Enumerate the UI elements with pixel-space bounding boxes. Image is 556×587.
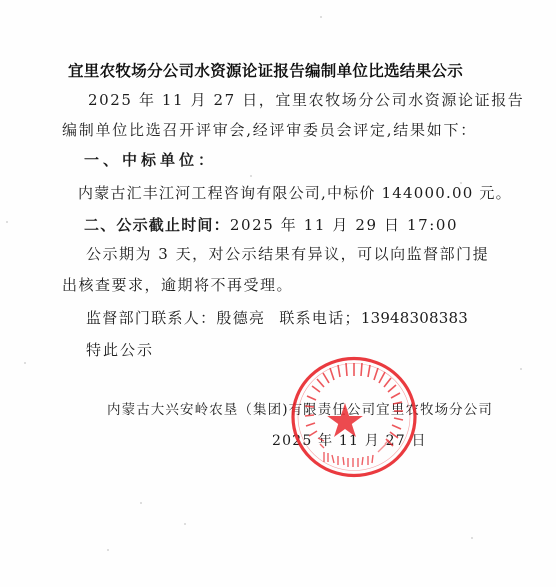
closing-text: 特此公示 (86, 340, 154, 360)
signature-organization: 内蒙古大兴安岭农垦（集团)有限责任公司宜里农牧场分公司 (107, 400, 493, 420)
notice-line-2: 出核查要求，逾期将不再受理。 (62, 275, 293, 295)
intro-line-2: 编制单位比选召开评审会,经评审委员会评定,结果如下： (62, 120, 477, 140)
scan-speck (320, 16, 322, 18)
deadline-value: 2025 年 11 月 29 日 17:00 (230, 216, 458, 234)
scan-speck (520, 368, 522, 370)
section-2-heading: 二、公示截止时间： (84, 216, 230, 234)
scan-speck (250, 175, 252, 177)
notice-line-1: 公示期为 3 天，对公示结果有异议，可以向监督部门提 (86, 244, 489, 264)
winning-bidder: 内蒙古汇丰江河工程咨询有限公司,中标价 144000.00 元。 (78, 183, 512, 203)
signature-date: 2025 年 11 月 27 日 (272, 431, 427, 451)
document-title: 宜里农牧场分公司水资源论证报告编制单位比选结果公示 (68, 60, 442, 82)
phone-number: 13948308383 (361, 309, 468, 327)
scan-speck (6, 221, 8, 223)
scan-speck (471, 537, 473, 539)
document-page: 宜里农牧场分公司水资源论证报告编制单位比选结果公示 2025 年 11 月 27… (0, 0, 556, 587)
contact-name: 殷德亮 (216, 309, 265, 327)
phone-label: 联系电话； (279, 309, 361, 327)
scan-speck (24, 362, 26, 364)
scan-speck (140, 502, 142, 504)
contact-line: 监督部门联系人：殷德亮联系电话；13948308383 (86, 308, 468, 328)
contact-label: 监督部门联系人： (86, 309, 216, 327)
scan-speck (184, 523, 186, 525)
section-2: 二、公示截止时间：2025 年 11 月 29 日 17:00 (84, 215, 458, 235)
section-1-heading: 一、中标单位： (84, 150, 217, 170)
intro-line-1: 2025 年 11 月 27 日，宜里农牧场分公司水资源论证报告 (88, 90, 524, 110)
scan-speck (107, 549, 109, 551)
